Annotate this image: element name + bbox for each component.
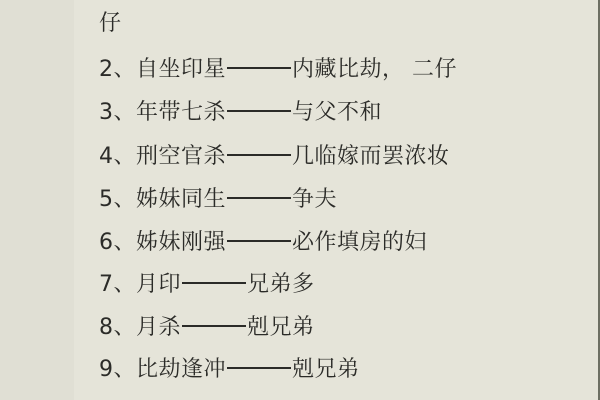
- em-dash-separator: [227, 154, 291, 156]
- list-item: 4、刑空官杀几临嫁而罢浓妆: [99, 142, 450, 172]
- list-item: 2、自坐印星内藏比劫， 二仔: [99, 55, 457, 85]
- item-number: 5、: [99, 185, 136, 215]
- item-meaning: 兄弟多: [247, 272, 315, 297]
- list-item: 5、姊妹同生争夫: [99, 185, 337, 215]
- em-dash-separator: [227, 110, 291, 112]
- item-term: 自坐印星: [136, 57, 226, 82]
- item-meaning: 剋兄弟: [292, 357, 360, 382]
- item-meaning: 必作填房的妇: [292, 230, 427, 255]
- em-dash-separator: [227, 67, 291, 69]
- item-term: 月印: [136, 272, 181, 297]
- item-term: 年带七杀: [136, 100, 226, 125]
- em-dash-separator: [227, 367, 291, 369]
- item-term: 刑空官杀: [136, 144, 226, 169]
- item-meaning: 争夫: [292, 187, 337, 212]
- em-dash-separator: [182, 325, 246, 327]
- item-number: 2、: [99, 55, 136, 85]
- item-number: 7、: [99, 270, 136, 300]
- em-dash-separator: [227, 240, 291, 242]
- list-item: 9、比劫逢冲剋兄弟: [99, 355, 360, 385]
- list-item: 8、月杀剋兄弟: [99, 313, 315, 343]
- item-term: 比劫逢冲: [136, 357, 226, 382]
- item-meaning: 内藏比劫， 二仔: [292, 57, 457, 82]
- item-meaning: 与父不和: [292, 100, 382, 125]
- continuation-line: 仔: [99, 9, 122, 39]
- item-number: 6、: [99, 228, 136, 258]
- item-meaning: 剋兄弟: [247, 315, 315, 340]
- list-item: 7、月印兄弟多: [99, 270, 315, 300]
- item-term: 月杀: [136, 315, 181, 340]
- item-number: 3、: [99, 98, 136, 128]
- item-meaning: 几临嫁而罢浓妆: [292, 144, 450, 169]
- list-item: 3、年带七杀与父不和: [99, 98, 382, 128]
- document-page: 仔 2、自坐印星内藏比劫， 二仔 3、年带七杀与父不和 4、刑空官杀几临嫁而罢浓…: [0, 0, 600, 400]
- item-number: 4、: [99, 142, 136, 172]
- item-term: 姊妹同生: [136, 187, 226, 212]
- continuation-text: 仔: [99, 11, 122, 36]
- item-number: 9、: [99, 355, 136, 385]
- item-term: 姊妹刚强: [136, 230, 226, 255]
- item-number: 8、: [99, 313, 136, 343]
- em-dash-separator: [227, 197, 291, 199]
- list-item: 6、姊妹刚强必作填房的妇: [99, 228, 427, 258]
- em-dash-separator: [182, 282, 246, 284]
